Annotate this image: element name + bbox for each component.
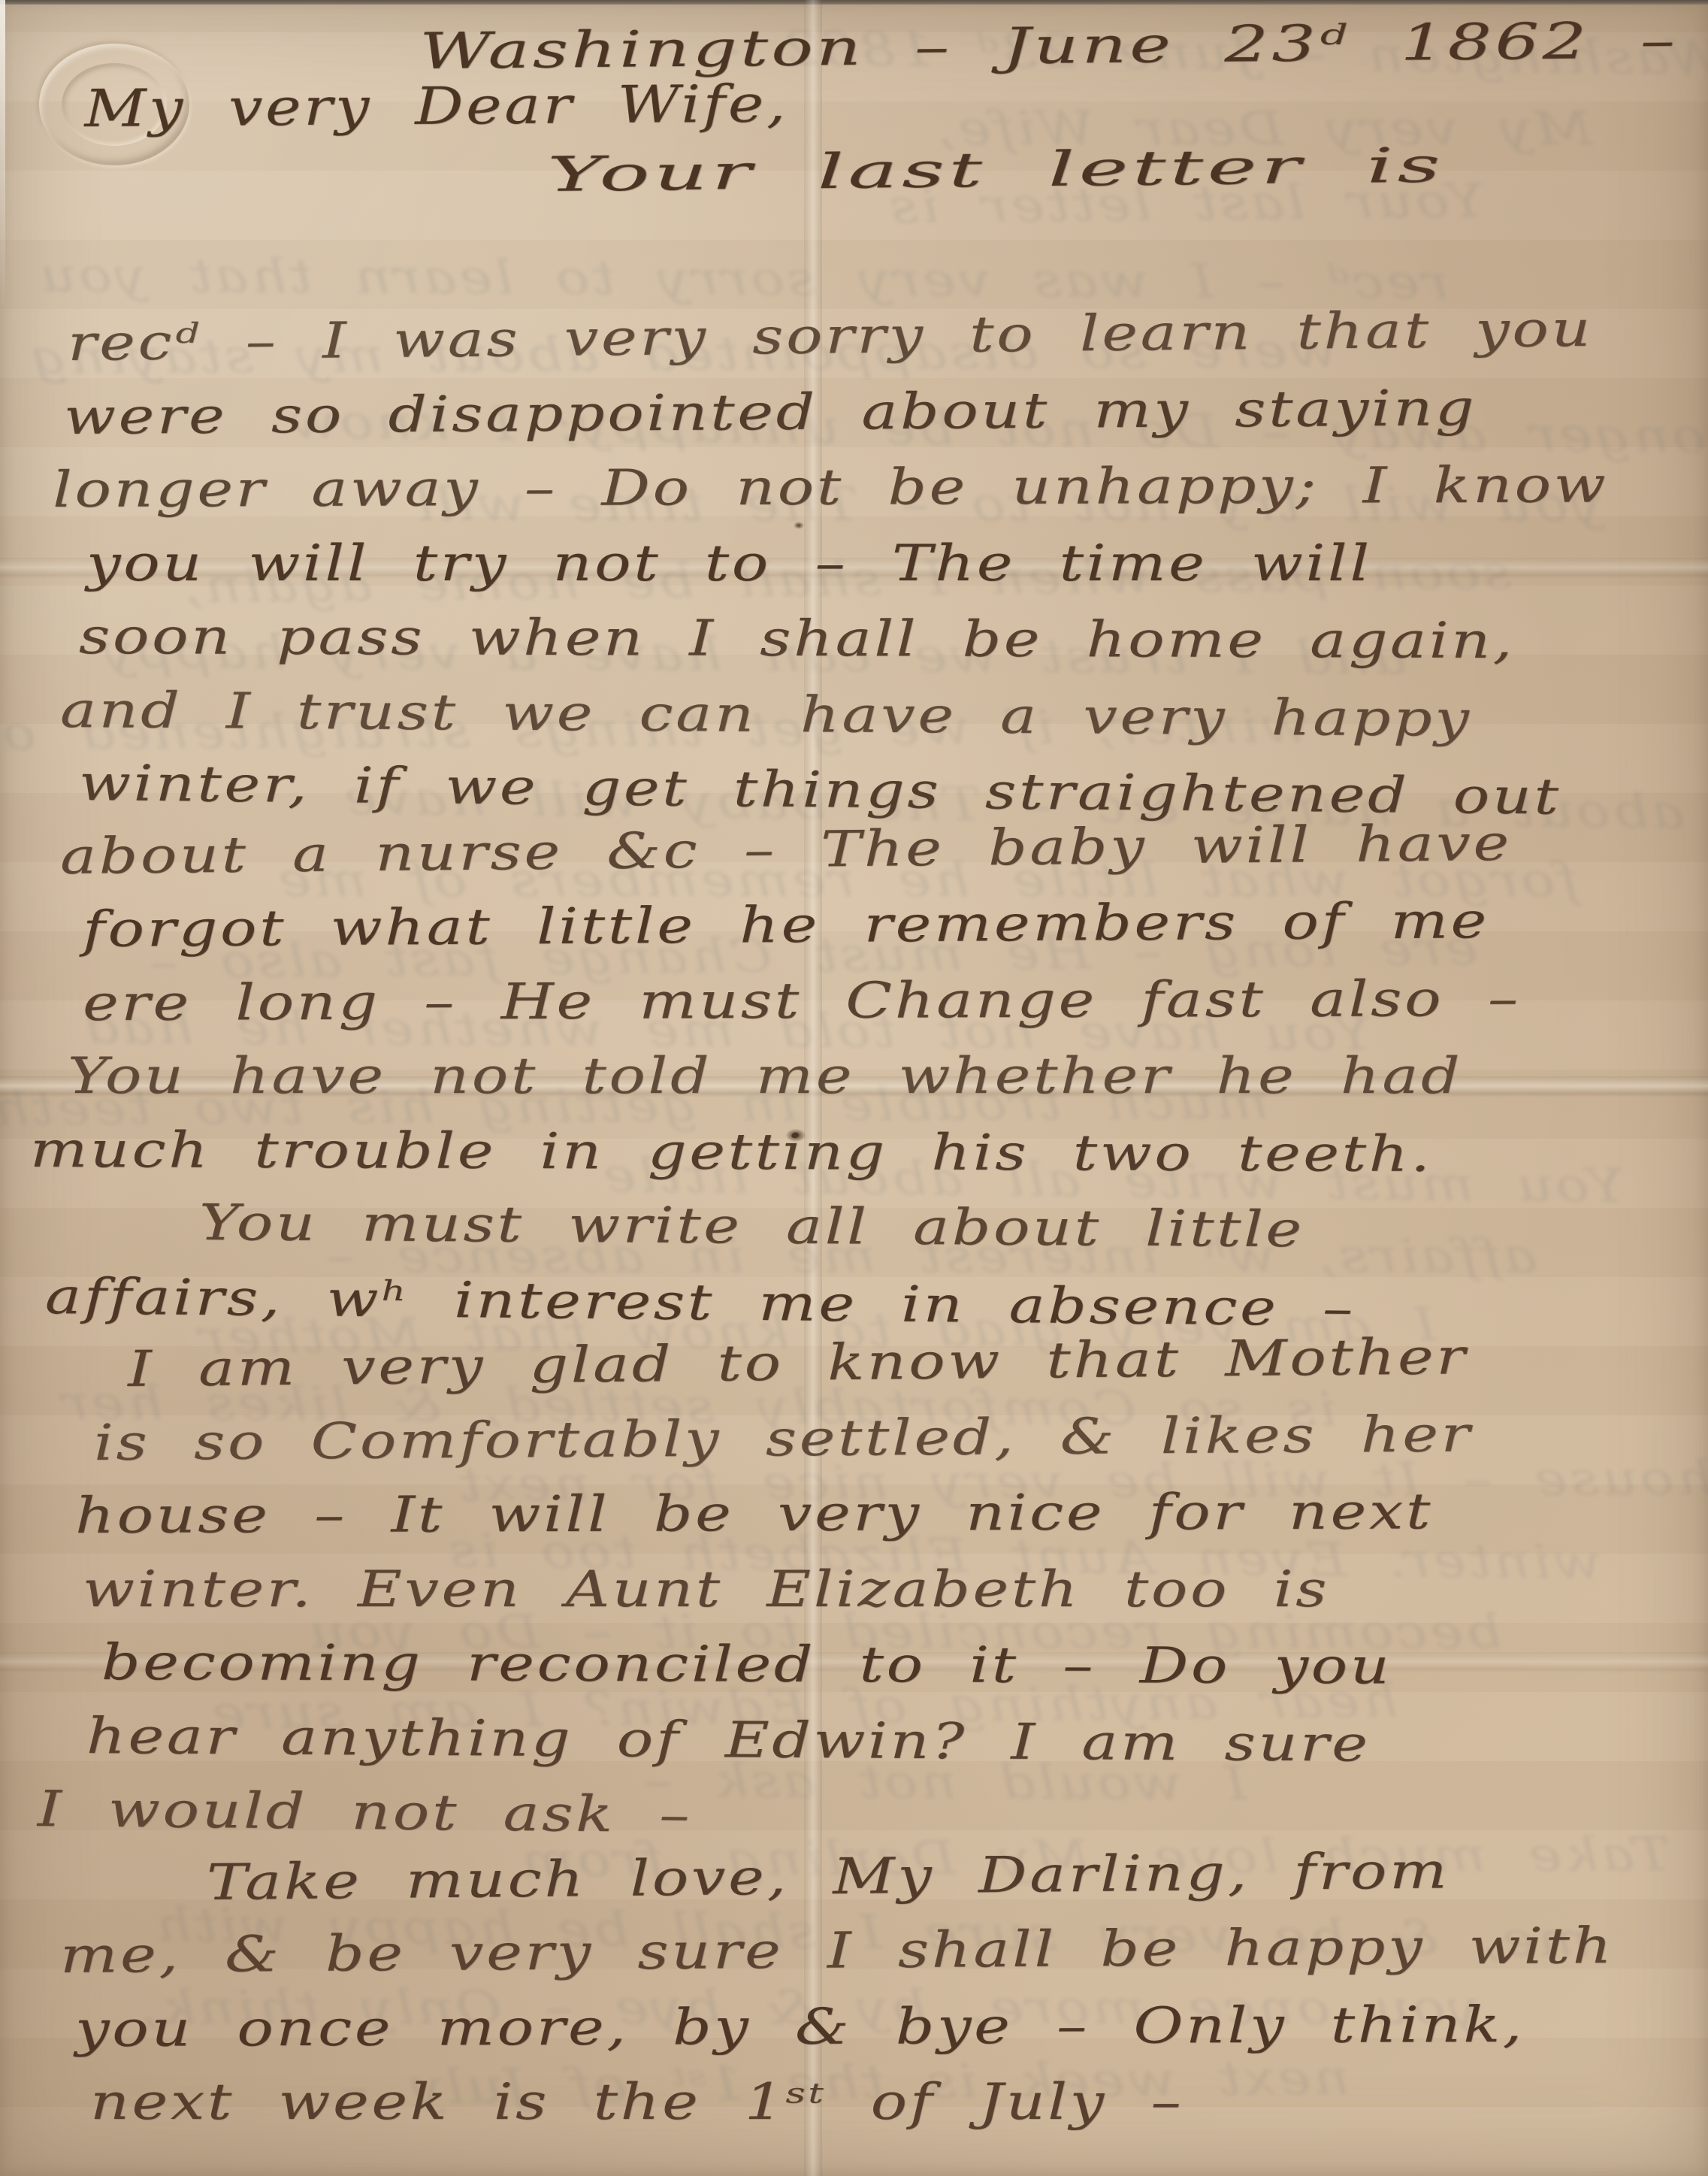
letter-page: Washington – June 23ᵈ 1862 –My very Dear… (0, 0, 1708, 2176)
letter-line: house – It will be very nice for next (75, 1473, 1708, 1553)
letter-line: recᵈ – I was very sorry to learn that yo… (68, 288, 1708, 380)
letter-line: You have not told me whether he had (68, 1040, 1708, 1113)
letter-line: you will try not to – The time will (86, 527, 1708, 601)
letter-line: much trouble in getting his two teeth. (30, 1113, 1708, 1193)
letter-line: longer away – Do not be unhappy; I know (53, 447, 1708, 527)
letter-opening-line: Your last letter is (547, 138, 1444, 203)
letter-line: and I trust we can have a very happy (60, 673, 1708, 759)
letter-line: hear anything of Edwin? I am sure (86, 1699, 1708, 1785)
scan-edge-left (0, 0, 5, 316)
letter-line: forgot what little he remembers of me (83, 880, 1708, 966)
letter-salutation: My very Dear Wife, (84, 74, 788, 139)
letter-line: next week is the 1ˢᵗ of July – (90, 2066, 1708, 2139)
letter-dateline: Washington – June 23ᵈ 1862 – (419, 11, 1678, 80)
letter-line: winter. Even Aunt Elizabeth too is (83, 1553, 1708, 1627)
letter-body: recᵈ – I was very sorry to learn that yo… (0, 307, 1708, 2139)
letter-line: ere long – He must Change fast also – (83, 960, 1708, 1040)
letter-line: you once more, by & bye – Only think, (75, 1986, 1708, 2066)
letter-line: You must write all about little (199, 1186, 1708, 1271)
letter-line: were so disappointed about my staying (64, 368, 1708, 453)
letter-line: becoming reconciled to it – Do you (101, 1626, 1708, 1705)
letter-line: soon pass when I shall be home again, (79, 600, 1708, 679)
letter-line: is so Comfortably settled, & likes her (94, 1394, 1708, 1479)
scan-edge-top (0, 0, 1708, 5)
letter-line: me, & be very sure I shall be happy with (60, 1906, 1708, 1992)
